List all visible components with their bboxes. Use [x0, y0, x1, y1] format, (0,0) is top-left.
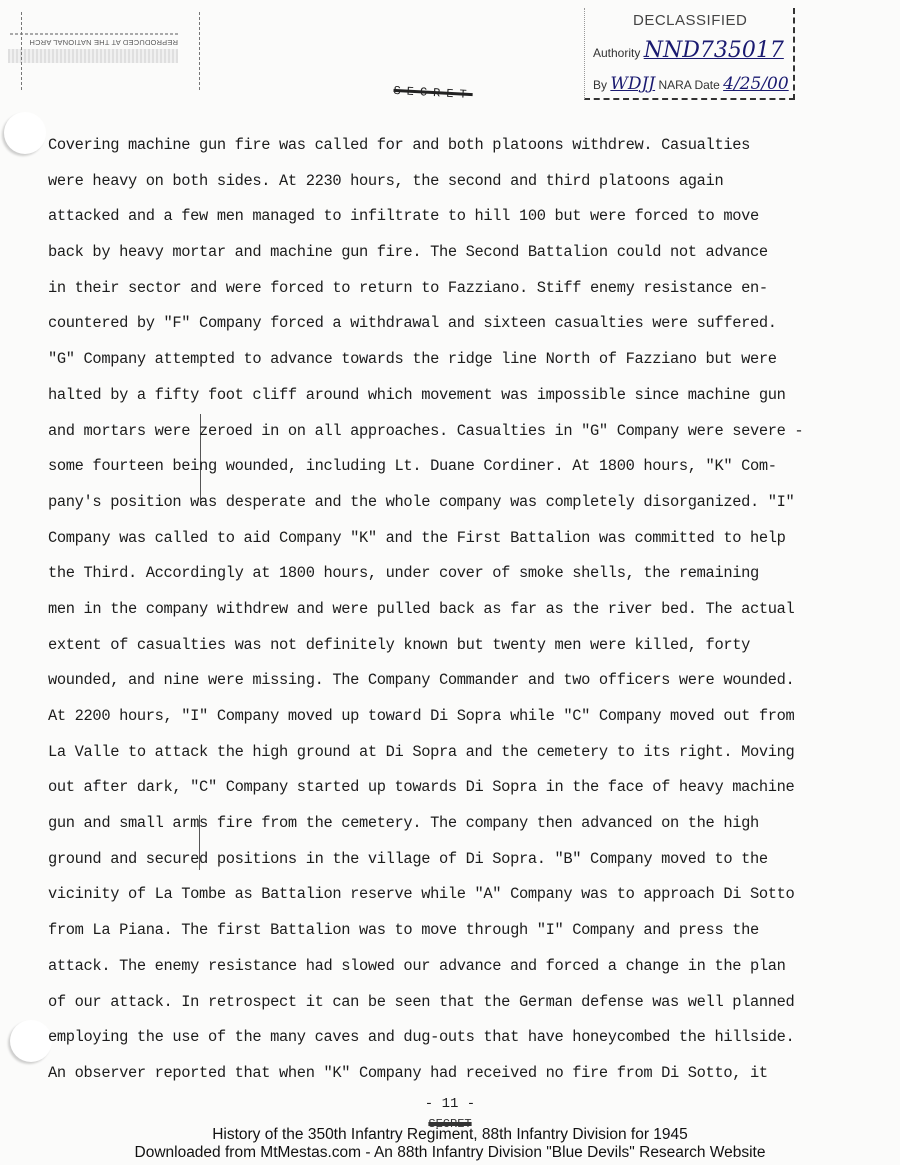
authority-label: Authority — [593, 46, 640, 60]
reproduction-stamp: REPRODUCED AT THE NATIONAL ARCH — [8, 25, 178, 63]
nara-date-value: 4/25/00 — [723, 74, 789, 94]
reproduction-stamp-text: REPRODUCED AT THE NATIONAL ARCH — [29, 38, 178, 47]
text-line: were heavy on both sides. At 2230 hours,… — [48, 164, 808, 200]
text-line: La Valle to attack the high ground at Di… — [48, 735, 808, 771]
text-line: back by heavy mortar and machine gun fir… — [48, 235, 808, 271]
text-line: wounded, and nine were missing. The Comp… — [48, 663, 808, 699]
text-line: At 2200 hours, "I" Company moved up towa… — [48, 699, 808, 735]
text-line: "G" Company attempted to advance towards… — [48, 342, 808, 378]
text-line: some fourteen being wounded, including L… — [48, 449, 808, 485]
text-line: employing the use of the many caves and … — [48, 1020, 808, 1056]
by-row: By WDJJ NARA Date 4/25/00 — [593, 74, 789, 94]
text-line: attacked and a few men managed to infilt… — [48, 199, 808, 235]
text-line: vicinity of La Tombe as Battalion reserv… — [48, 877, 808, 913]
stamp-fine-print — [8, 33, 178, 35]
classification-marking-top: SECRET — [368, 83, 499, 106]
punch-hole — [10, 1020, 52, 1062]
text-line: the Third. Accordingly at 1800 hours, un… — [48, 556, 808, 592]
text-line: An observer reported that when "K" Compa… — [48, 1056, 808, 1092]
text-line: pany's position was desperate and the wh… — [48, 485, 808, 521]
declassified-title: DECLASSIFIED — [633, 12, 747, 29]
text-line: of our attack. In retrospect it can be s… — [48, 985, 808, 1021]
footer-source: Downloaded from MtMestas.com - An 88th I… — [0, 1144, 900, 1162]
stamp-band — [8, 49, 178, 63]
text-line: attack. The enemy resistance had slowed … — [48, 949, 808, 985]
text-line: countered by "F" Company forced a withdr… — [48, 306, 808, 342]
nara-date-label: NARA Date — [658, 78, 719, 92]
text-line: gun and small arms fire from the cemeter… — [48, 806, 808, 842]
text-line: ground and secured positions in the vill… — [48, 842, 808, 878]
text-line: in their sector and were forced to retur… — [48, 271, 808, 307]
page-number: - 11 - — [0, 1096, 900, 1112]
text-line: Covering machine gun fire was called for… — [48, 128, 808, 164]
scan-mark — [21, 12, 22, 92]
text-line: out after dark, "C" Company started up t… — [48, 770, 808, 806]
text-line: extent of casualties was not definitely … — [48, 628, 808, 664]
authority-row: Authority NND735017 — [593, 38, 784, 63]
document-body: Covering machine gun fire was called for… — [48, 128, 808, 1092]
declassification-stamp: DECLASSIFIED Authority NND735017 By WDJJ… — [584, 8, 795, 100]
punch-hole — [4, 112, 46, 154]
text-line: Company was called to aid Company "K" an… — [48, 521, 808, 557]
by-value: WDJJ — [610, 74, 655, 94]
footer-title: History of the 350th Infantry Regiment, … — [0, 1126, 900, 1144]
text-line: men in the company withdrew and were pul… — [48, 592, 808, 628]
by-label: By — [593, 78, 607, 92]
text-line: and mortars were zeroed in on all approa… — [48, 414, 808, 450]
authority-value: NND735017 — [644, 38, 784, 63]
text-line: halted by a fifty foot cliff around whic… — [48, 378, 808, 414]
scan-mark — [199, 12, 200, 92]
text-line: from La Piana. The first Battalion was t… — [48, 913, 808, 949]
